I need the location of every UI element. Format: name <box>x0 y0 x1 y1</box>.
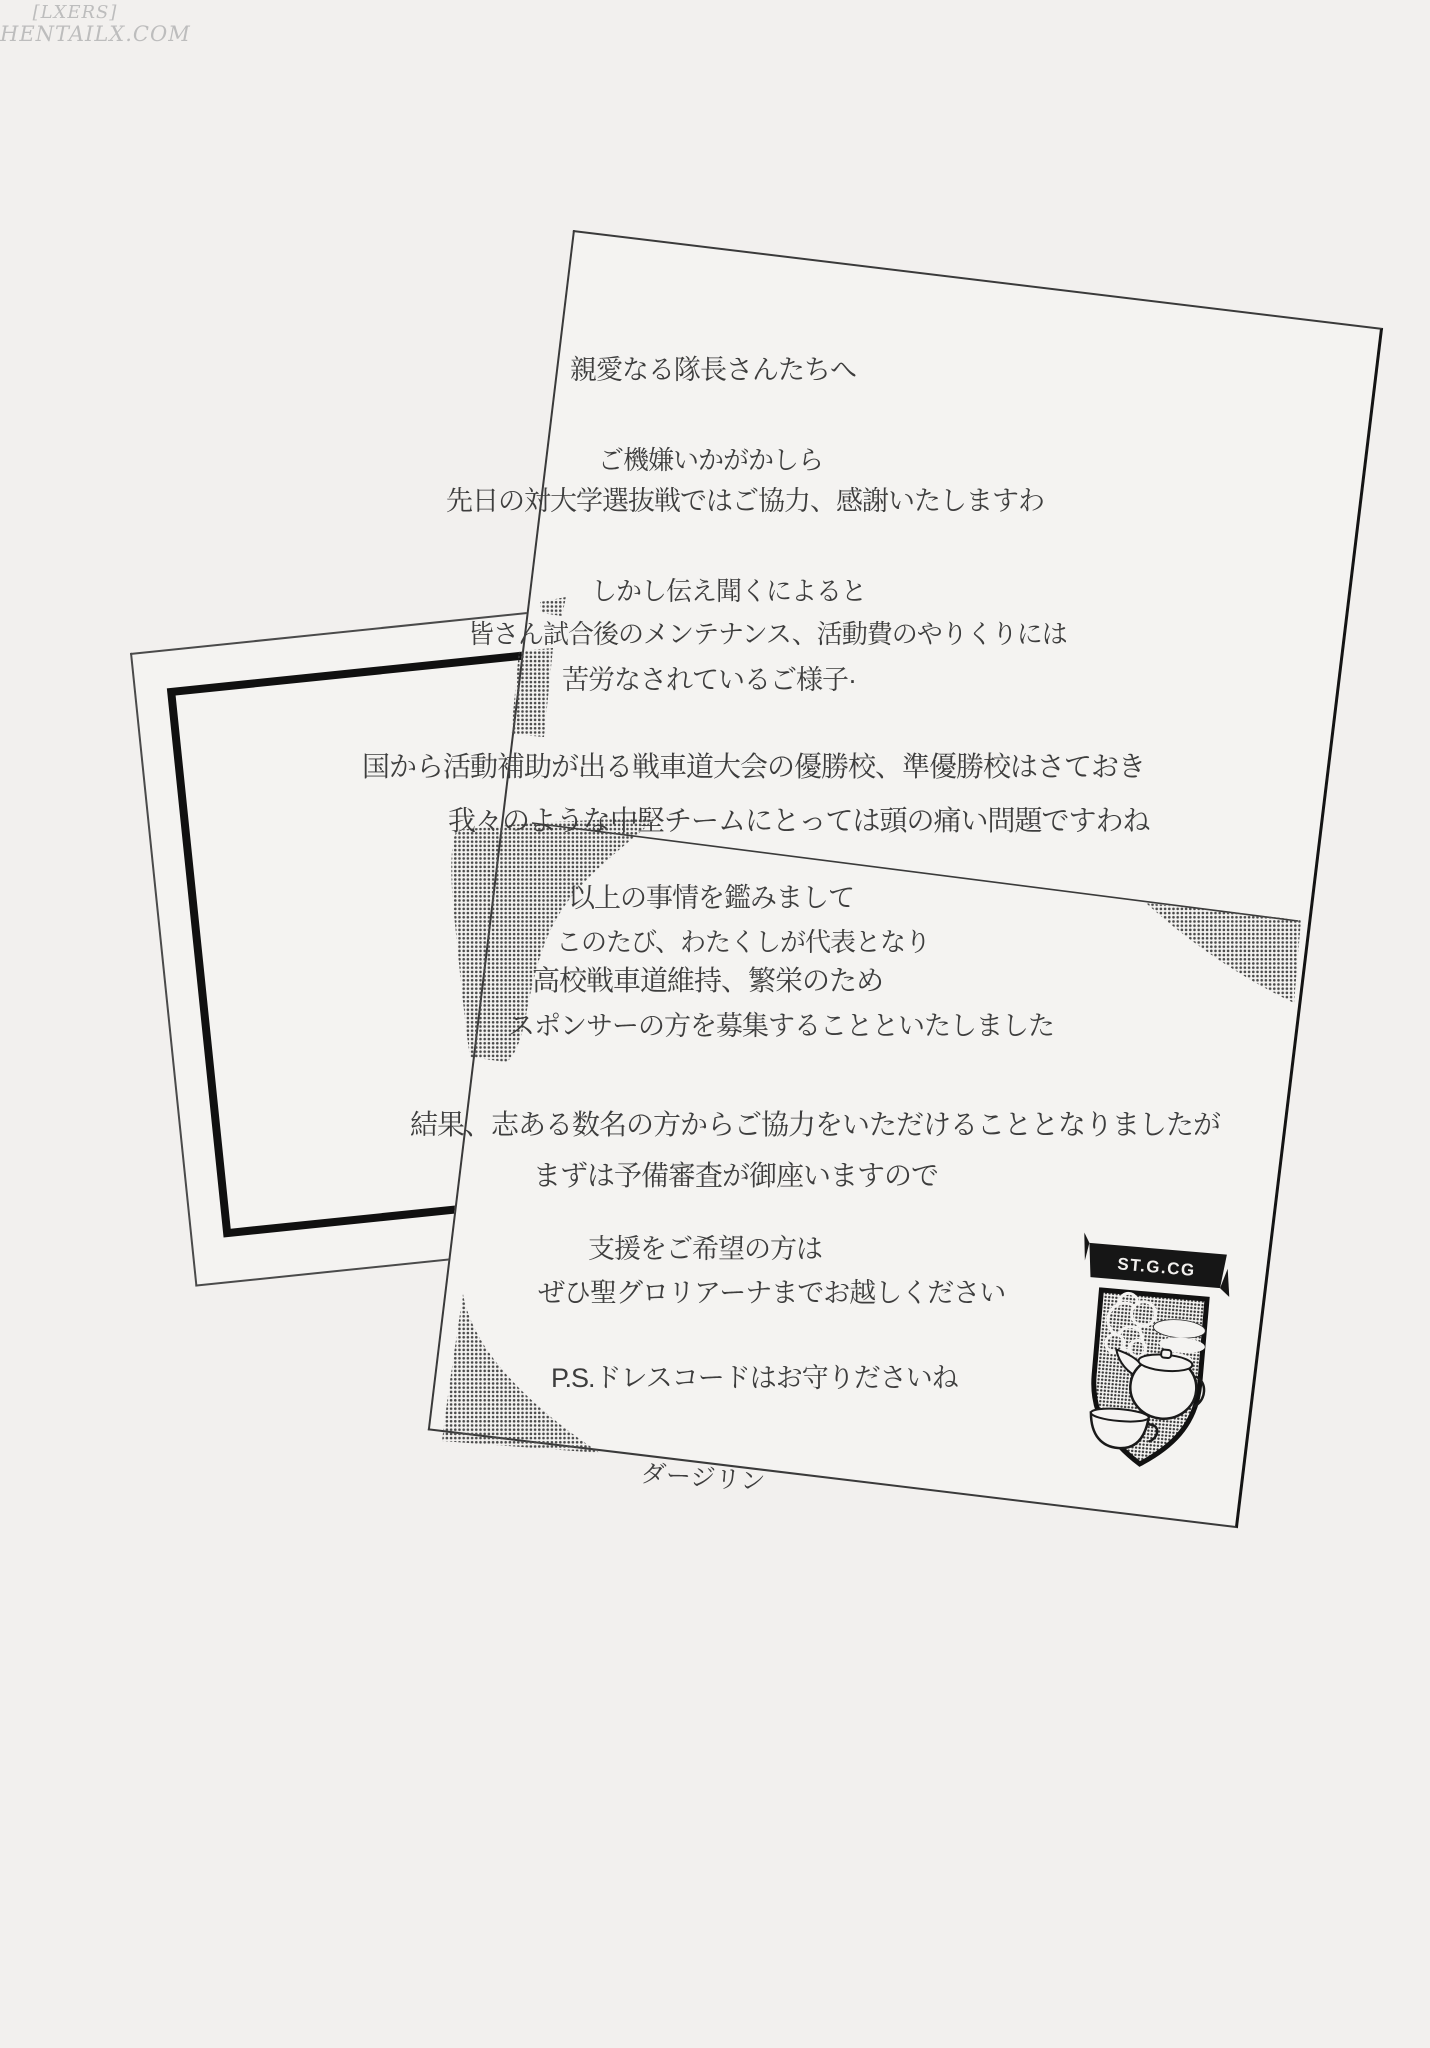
letter-line: 皆さん試合後のメンテナンス、活動費のやりくりには <box>468 620 1067 649</box>
letter-line: 高校戦車道維持、繁栄のため <box>532 966 883 997</box>
letter-line: 国から活動補助が出る戦車道大会の優勝校、準優勝校はさておき <box>362 752 1145 783</box>
letter-line: 先日の対大学選抜戦ではご協力、感謝いたしますわ <box>446 487 1044 517</box>
letter-line: このたび、わたくしが代表となり <box>556 928 930 957</box>
st-gloriana-crest: ST.G.CG <box>1064 1228 1234 1480</box>
letter-line: 以上の事情を鑑みまして <box>568 884 854 914</box>
letter-line: まずは予備審査が御座いますので <box>533 1161 938 1192</box>
watermark-site: HENTAILX.COM <box>0 24 150 45</box>
letter-line: 親愛なる隊長さんたちへ <box>570 356 856 386</box>
letter-line: ぜひ聖グロリアーナまでお越しください <box>538 1279 1005 1309</box>
watermark-group-tag: [LXERS] <box>0 4 150 22</box>
signature: ダージリン <box>640 1454 767 1499</box>
letter-line: 結果、志ある数名の方からご協力をいただけることとなりましたが <box>410 1110 1220 1141</box>
letter-line: 苦労なされているご様子· <box>562 666 856 696</box>
letter-line: 支援をご希望の方は <box>588 1235 822 1265</box>
letter-line: スポンサーの方を募集することといたしました <box>508 1012 1054 1042</box>
letter-line: ご機嫌いかがかしら <box>598 446 823 475</box>
scanned-letter-page: [LXERS] HENTAILX.COM <box>0 0 1430 2048</box>
letter-line: P.S.ドレスコードはお守りださいね <box>551 1364 958 1394</box>
watermark: [LXERS] HENTAILX.COM <box>0 4 150 45</box>
crest-banner: ST.G.CG <box>1080 1232 1234 1297</box>
letter-line: しかし伝え聞くによると <box>591 577 866 606</box>
letter-paper: ST.G.CG <box>428 230 1383 1528</box>
letter-line: 我々のような中堅チームにとっては頭の痛い問題ですわね <box>448 806 1149 837</box>
